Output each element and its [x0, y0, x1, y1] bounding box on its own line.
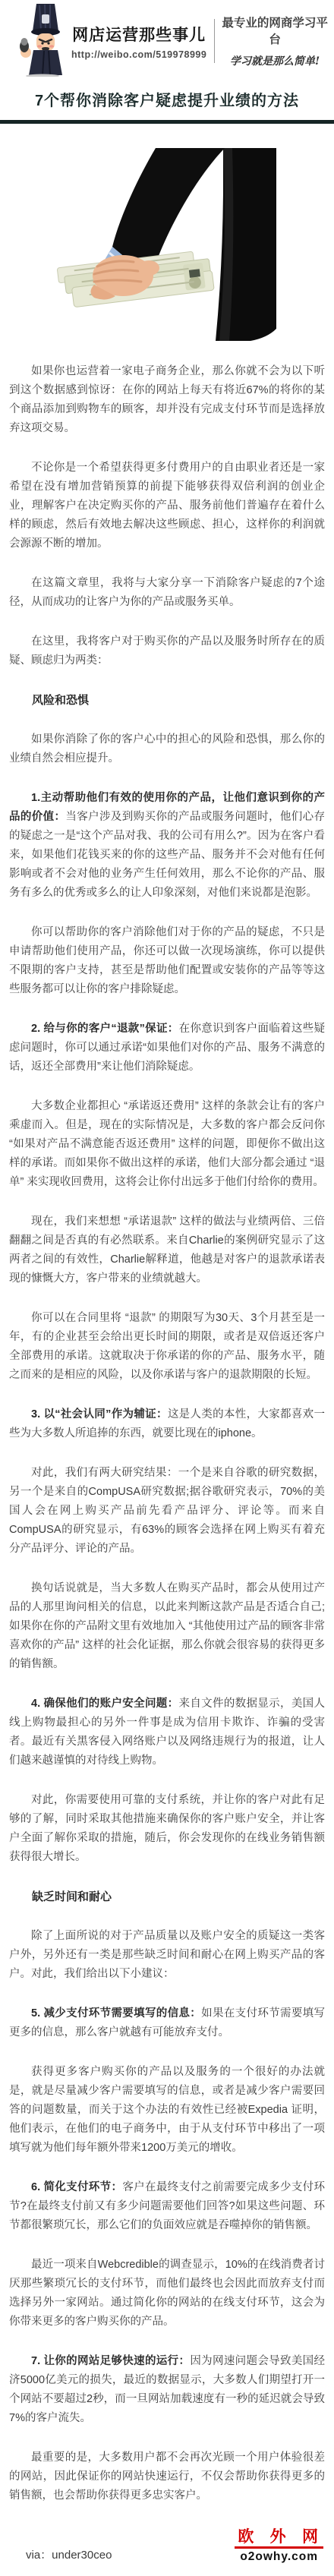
header-divider [214, 19, 215, 63]
site-logo-chinese: 欧 外 网 [235, 2527, 323, 2549]
site-header: 网店运营那些事儿 http://weibo.com/519978999 最专业的… [0, 0, 334, 79]
paragraph: 6. 简化支付环节：客户在最终支付之前需要完成多少支付环节?在最终支付前又有多少… [9, 2178, 325, 2235]
paragraph: 如果你也运营着一家电子商务企业，那么你就不会为以下听到这个数据感到惊讶：在你的网… [9, 362, 325, 438]
paragraph: 现在，我们来想想 “承诺退款” 这样的做法与业绩两倍、三倍翻翻之间是否真的有必然… [9, 1212, 325, 1288]
paragraph: 获得更多客户购买你的产品以及服务的一个很好的办法就是，就是尽量减少客户需要填写的… [9, 2063, 325, 2158]
paragraph: 3. 以“社会认同”作为辅证：这是人类的本性，大家都喜欢一些为大多数人所追捧的东… [9, 1405, 325, 1443]
source-credit: via：under30ceo [26, 2546, 112, 2562]
paragraph: 不论你是一个希望获得更多付费用户的自由职业者还是一家希望在没有增加营销预算的前提… [9, 459, 325, 553]
article-title: 7个帮你消除客户疑虑提升业绩的方法 [9, 91, 325, 111]
brand-block: 网店运营那些事儿 http://weibo.com/519978999 [71, 23, 206, 60]
site-weibo-url[interactable]: http://weibo.com/519978999 [71, 49, 206, 60]
section-heading: 风险和恐惧 [9, 691, 325, 710]
paragraph: 除了上面所说的对于产品质量以及账户安全的质疑这一类客户外，另外还有一类是那些缺乏… [9, 1927, 325, 1984]
paragraph: 最重要的是，大多数用户都不会再次光顾一个用户体验很差的网站，因此保证你的网站快速… [9, 2448, 325, 2505]
paragraph-lead: 7. 让你的网站足够快速的运行： [31, 2355, 190, 2367]
site-logo[interactable]: 欧 外 网 o2owhy.com [235, 2527, 323, 2564]
paragraph: 大多数企业都担心 “承诺返还费用” 这样的条款会让有的客户乘虚而入。但是，现在的… [9, 1097, 325, 1192]
paragraph: 在这里，我将客户对于购买你的产品以及服务时所存在的质疑、顾虑归为两类： [9, 632, 325, 670]
weibo-article-image: 网店运营那些事儿 http://weibo.com/519978999 最专业的… [0, 0, 334, 2576]
paragraph: 对此，我们有两大研究结果：一个是来自谷歌的研究数据，另一个是来自的CompUSA… [9, 1464, 325, 1559]
paragraph-lead: 1.主动帮助他们有效的使用你的产品，让他们意识到你的产品的价值： [9, 792, 325, 823]
title-rule [0, 120, 334, 124]
paragraph: 你可以在合同里将 “退款” 的期限写为30天、3个月甚至是一年，有的企业甚至会给… [9, 1309, 325, 1385]
paragraph: 在这篇文章里，我将与大家分享一下消除客户疑虑的7个途径，从而成功的让客户为你的产… [9, 574, 325, 612]
paragraph: 如果你消除了你的客户心中的担心的风险和恐惧，那么你的业绩自然会相应提升。 [9, 730, 325, 768]
article-body: 如果你也运营着一家电子商务企业，那么你就不会为以下听到这个数据感到惊讶：在你的网… [0, 362, 334, 2505]
paragraph-lead: 6. 简化支付环节： [31, 2181, 122, 2193]
paragraph: 5. 减少支付环节需要填写的信息：如果在支付环节需要填写更多的信息，那么客户就越… [9, 2004, 325, 2042]
paragraph: 2. 给与你的客户“退款”保证：在你意识到客户面临着这些疑虑问题时，你可以通过承… [9, 1020, 325, 1077]
article-footer: via：under30ceo 欧 外 网 o2owhy.com [0, 2526, 334, 2576]
paragraph-lead: 3. 以“社会认同”作为辅证： [31, 1408, 168, 1420]
paragraph-lead: 5. 减少支付环节需要填写的信息： [31, 2007, 201, 2019]
paragraph-lead: 2. 给与你的客户“退款”保证： [31, 1023, 179, 1035]
paragraph: 对此，你需要使用可靠的支付系统，并让你的客户对此有足够的了解，同时采取其他措施来… [9, 1791, 325, 1867]
paragraph: 1.主动帮助他们有效的使用你的产品，让他们意识到你的产品的价值：当客户涉及到购买… [9, 789, 325, 903]
paragraph: 你可以帮助你的客户消除他们对于你的产品的疑虑，不只是申请帮助他们使用产品，你还可… [9, 923, 325, 999]
paragraph: 最近一项来自Webcredible的调查显示，10%的在线消费者讨厌那些繁琐冗长… [9, 2256, 325, 2332]
site-name: 网店运营那些事儿 [71, 23, 206, 46]
tagline-block: 最专业的网商学习平台 学习就是那么简单! [222, 14, 328, 68]
paragraph: 换句话说就是，当大多数人在购买产品时，都会从使用过产品的人那里询问相关的信息，以… [9, 1579, 325, 1674]
section-heading: 缺乏时间和耐心 [9, 1887, 325, 1906]
tagline-primary: 最专业的网商学习平台 [222, 14, 328, 47]
site-logo-domain: o2owhy.com [235, 2550, 323, 2564]
hero-image [0, 148, 334, 342]
paragraph: 7. 让你的网站足够快速的运行：因为网速问题会导致美国经济5000亿美元的损失，… [9, 2352, 325, 2428]
paragraph: 4. 确保他们的账户安全问题：来自文件的数据显示，美国人线上购物最担心的另外一件… [9, 1695, 325, 1770]
tagline-secondary: 学习就是那么简单! [222, 53, 328, 68]
scholar-mascot-icon [15, 2, 70, 80]
paragraph-lead: 4. 确保他们的账户安全问题： [31, 1698, 178, 1710]
